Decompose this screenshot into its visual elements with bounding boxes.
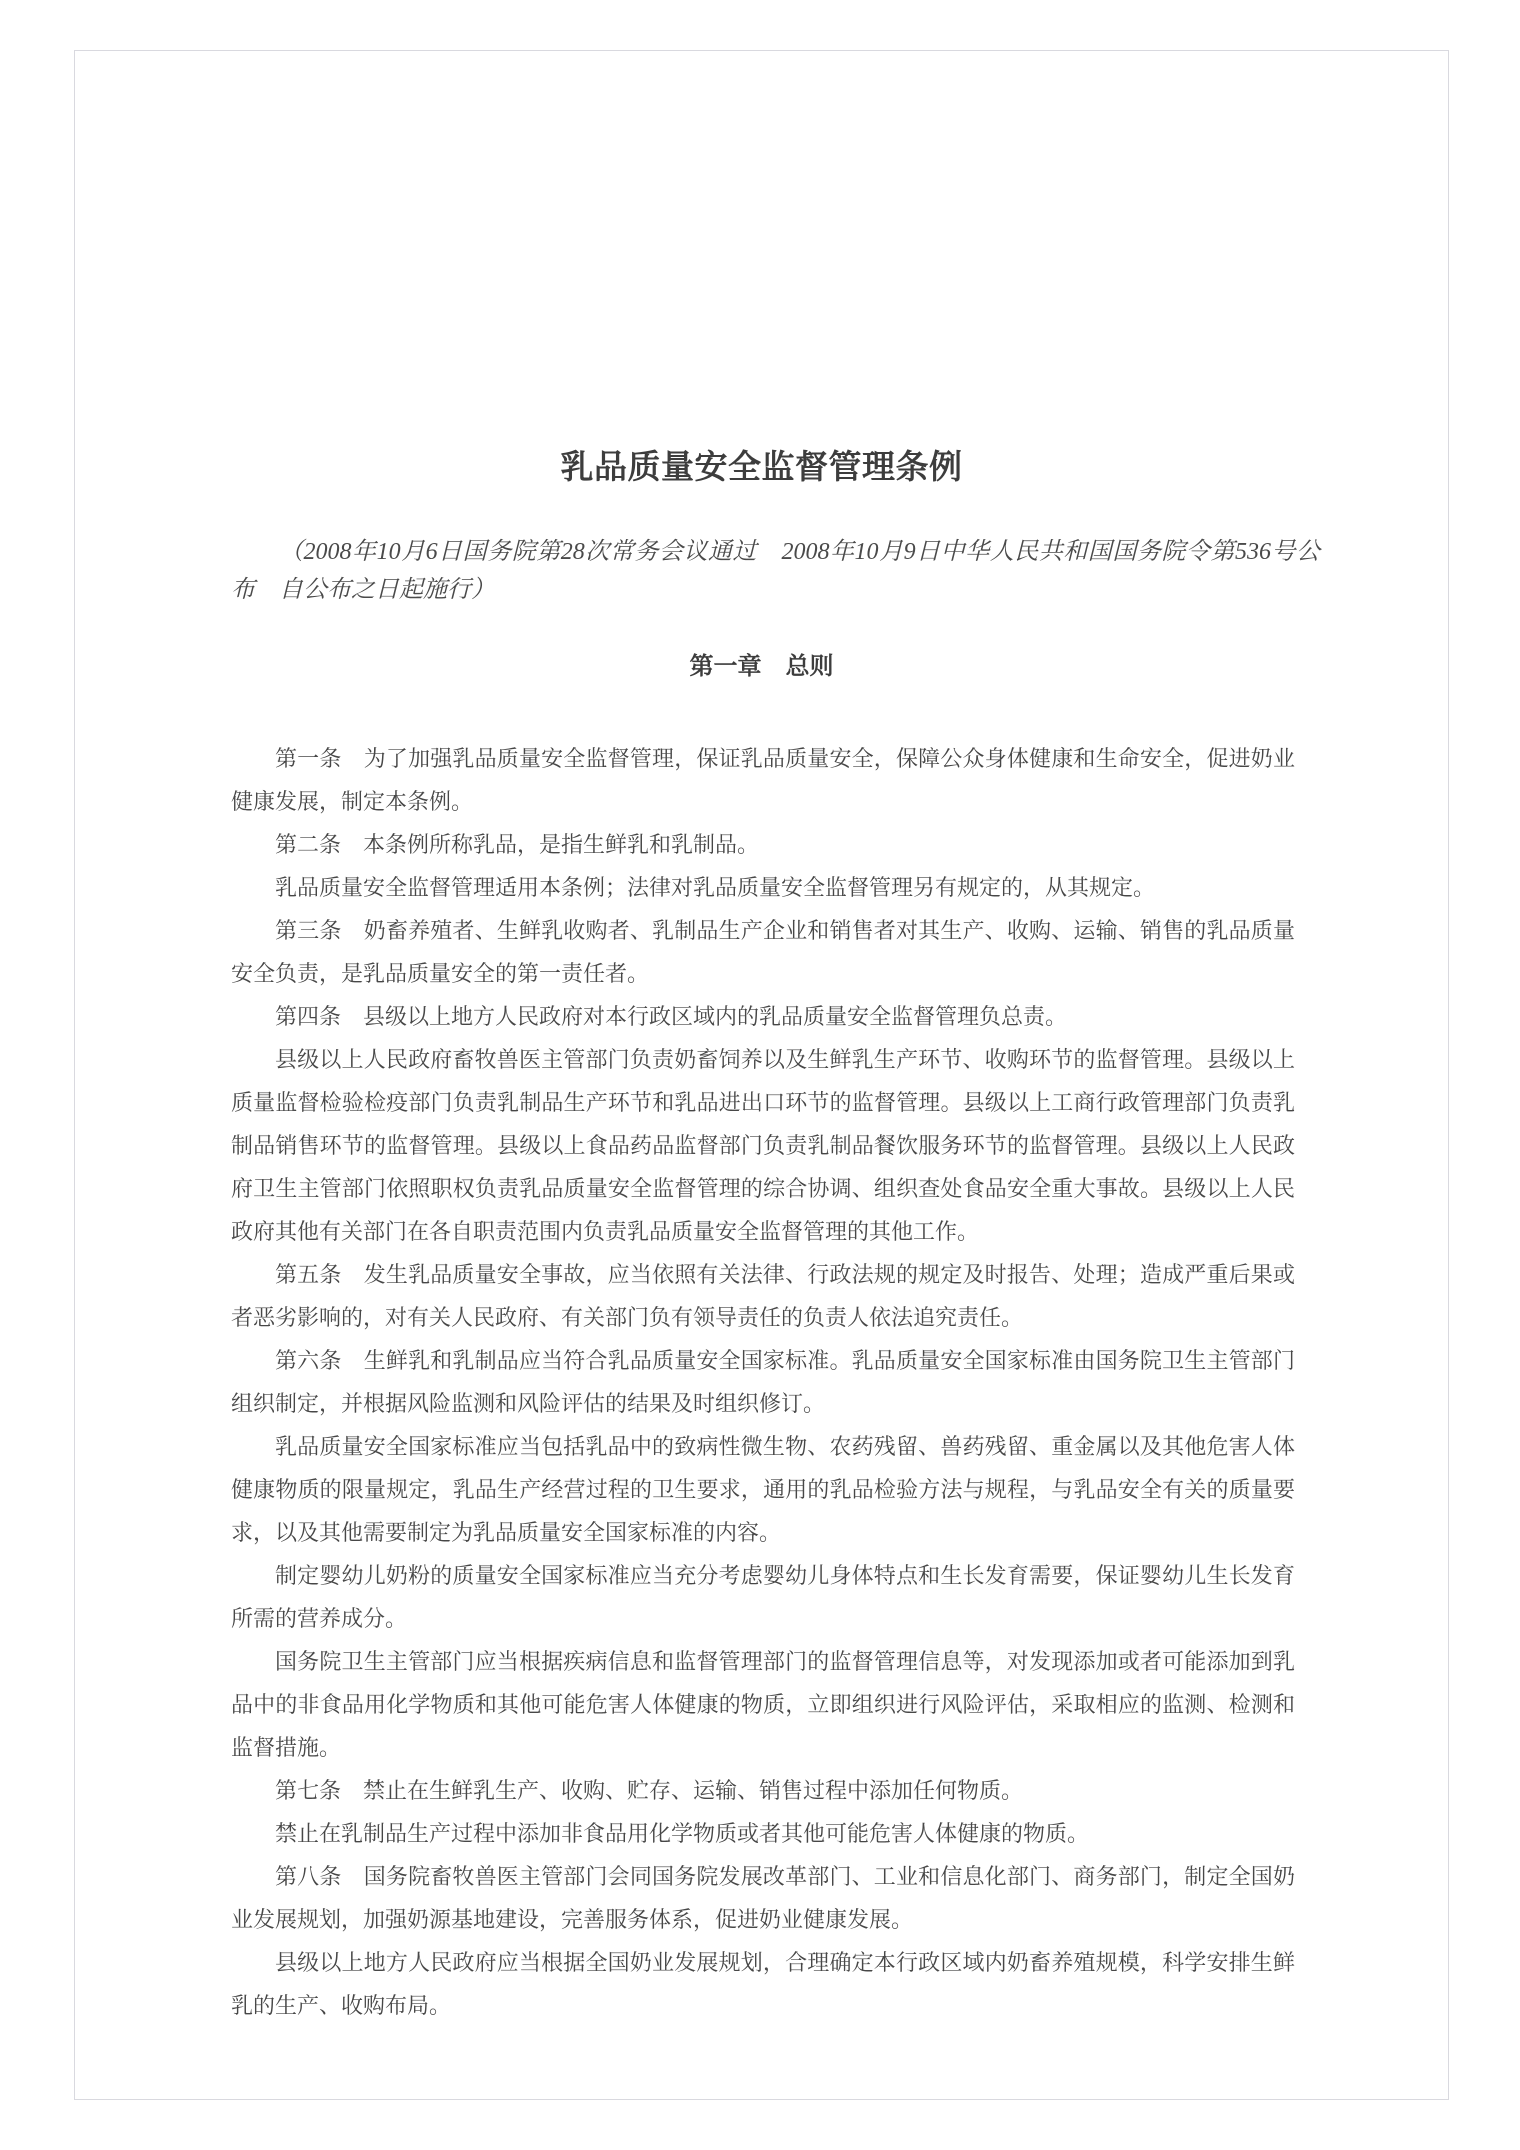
body-paragraph: 第六条 生鲜乳和乳制品应当符合乳品质量安全国家标准。乳品质量安全国家标准由国务院… <box>231 1339 1295 1425</box>
document-body: 第一条 为了加强乳品质量安全监督管理，保证乳品质量安全，保障公众身体健康和生命安… <box>231 737 1295 2027</box>
body-paragraph: 国务院卫生主管部门应当根据疾病信息和监督管理部门的监督管理信息等，对发现添加或者… <box>231 1640 1295 1769</box>
document-page: 乳品质量安全监督管理条例 （2008年10月6日国务院第28次常务会议通过 20… <box>74 50 1449 2100</box>
body-paragraph: 制定婴幼儿奶粉的质量安全国家标准应当充分考虑婴幼儿身体特点和生长发育需要，保证婴… <box>231 1554 1295 1640</box>
chapter-heading: 第一章 总则 <box>75 648 1448 686</box>
body-paragraph: 第二条 本条例所称乳品，是指生鲜乳和乳制品。 <box>231 823 1295 866</box>
body-paragraph: 乳品质量安全国家标准应当包括乳品中的致病性微生物、农药残留、兽药残留、重金属以及… <box>231 1425 1295 1554</box>
body-paragraph: 县级以上地方人民政府应当根据全国奶业发展规划，合理确定本行政区域内奶畜养殖规模，… <box>231 1941 1295 2027</box>
body-paragraph: 禁止在乳制品生产过程中添加非食品用化学物质或者其他可能危害人体健康的物质。 <box>231 1812 1295 1855</box>
body-paragraph: 第一条 为了加强乳品质量安全监督管理，保证乳品质量安全，保障公众身体健康和生命安… <box>231 737 1295 823</box>
body-paragraph: 乳品质量安全监督管理适用本条例；法律对乳品质量安全监督管理另有规定的，从其规定。 <box>231 866 1295 909</box>
body-paragraph: 县级以上人民政府畜牧兽医主管部门负责奶畜饲养以及生鲜乳生产环节、收购环节的监督管… <box>231 1038 1295 1253</box>
body-paragraph: 第五条 发生乳品质量安全事故，应当依照有关法律、行政法规的规定及时报告、处理；造… <box>231 1253 1295 1339</box>
body-paragraph: 第四条 县级以上地方人民政府对本行政区域内的乳品质量安全监督管理负总责。 <box>231 995 1295 1038</box>
body-paragraph: 第八条 国务院畜牧兽医主管部门会同国务院发展改革部门、工业和信息化部门、商务部门… <box>231 1855 1295 1941</box>
document-viewer: { "document": { "title": "乳品质量安全监督管理条例",… <box>0 0 1520 2150</box>
promulgation-note: （2008年10月6日国务院第28次常务会议通过 2008年10月9日中华人民共… <box>231 533 1320 609</box>
body-paragraph: 第三条 奶畜养殖者、生鲜乳收购者、乳制品生产企业和销售者对其生产、收购、运输、销… <box>231 909 1295 995</box>
body-paragraph: 第七条 禁止在生鲜乳生产、收购、贮存、运输、销售过程中添加任何物质。 <box>231 1769 1295 1812</box>
document-title: 乳品质量安全监督管理条例 <box>75 445 1448 489</box>
